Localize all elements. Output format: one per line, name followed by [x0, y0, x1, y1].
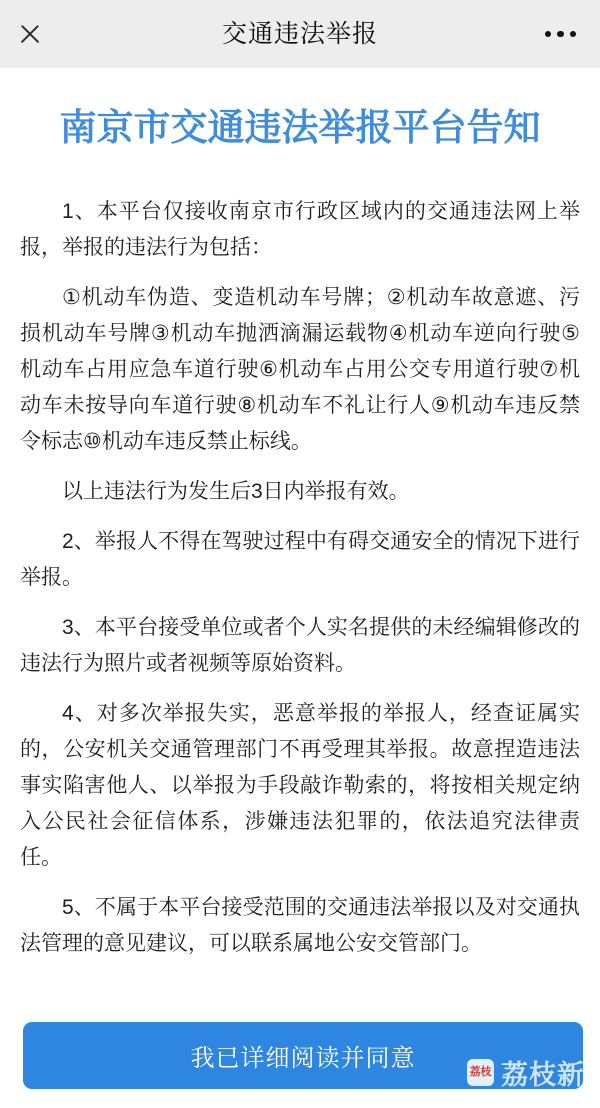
agree-button[interactable]: 我已详细阅读并同意	[23, 1022, 583, 1089]
notice-paragraph: ①机动车伪造、变造机动车号牌；②机动车故意遮、污损机动车号牌③机动车抛洒滴漏运载…	[20, 280, 580, 460]
more-options-icon[interactable]	[545, 21, 577, 47]
notice-content: 南京市交通违法举报平台告知 1、本平台仅接收南京市行政区域内的交通违法网上举报，…	[0, 104, 600, 962]
dot	[557, 31, 564, 38]
notice-paragraph: 2、举报人不得在驾驶过程中有碍交通安全的情况下进行举报。	[20, 524, 580, 596]
notice-paragraph: 4、对多次举报失实，恶意举报的举报人，经查证属实的，公安机关交通管理部门不再受理…	[20, 696, 580, 876]
notice-paragraph: 1、本平台仅接收南京市行政区域内的交通违法网上举报，举报的违法行为包括：	[20, 194, 580, 266]
page-title: 交通违法举报	[0, 0, 600, 68]
traffic-report-notice-page: 交通违法举报 南京市交通违法举报平台告知 1、本平台仅接收南京市行政区域内的交通…	[0, 0, 600, 1108]
dot	[570, 31, 577, 38]
dot	[545, 31, 552, 38]
navbar: 交通违法举报	[0, 0, 600, 68]
notice-paragraph: 5、不属于本平台接受范围的交通违法举报以及对交通执法管理的意见建议，可以联系属地…	[20, 890, 580, 962]
notice-heading: 南京市交通违法举报平台告知	[20, 104, 580, 152]
notice-paragraph: 3、本平台接受单位或者个人实名提供的未经编辑修改的违法行为照片或者视频等原始资料…	[20, 610, 580, 682]
notice-paragraph: 以上违法行为发生后3日内举报有效。	[20, 474, 580, 510]
